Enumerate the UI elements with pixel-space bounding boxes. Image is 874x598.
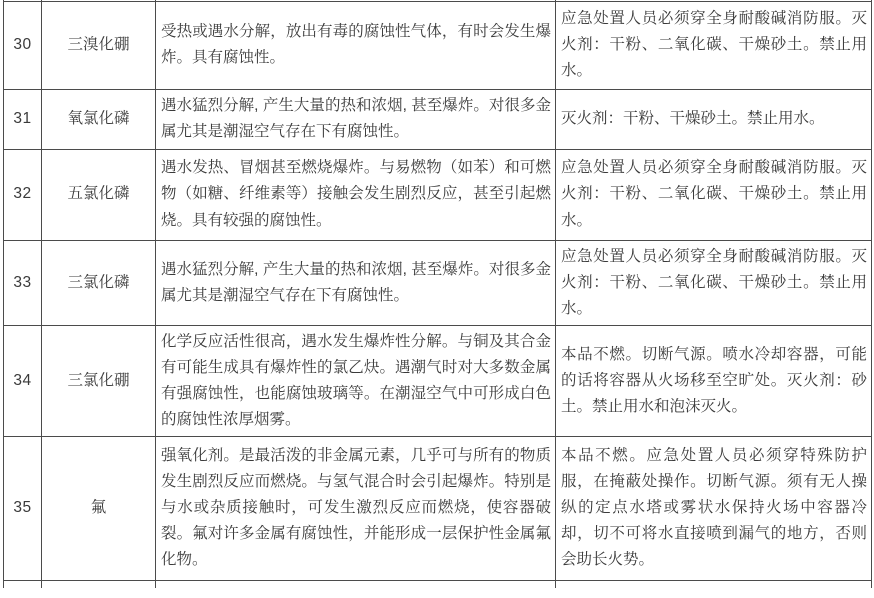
table-row: 31 氧氯化磷 遇水猛烈分解, 产生大量的热和浓烟, 甚至爆炸。对很多金属尤其是…: [4, 89, 872, 149]
hazardous-chemicals-table: 30 三溴化硼 受热或遇水分解，放出有毒的腐蚀性气体，有时会发生爆炸。具有腐蚀性…: [3, 0, 872, 588]
hazard-description-cell: 遇水猛烈分解, 产生大量的热和浓烟, 甚至爆炸。对很多金属尤其是潮湿空气存在下有…: [156, 240, 556, 325]
cropped-row-bottom: [4, 580, 872, 588]
emergency-response-cell: 灭火剂：干粉、干燥砂土。禁止用水。: [556, 89, 872, 149]
row-number-cell: 35: [4, 436, 42, 580]
row-number-cell: 33: [4, 240, 42, 325]
row-number-cell: 34: [4, 325, 42, 436]
row-number-cell: 31: [4, 89, 42, 149]
empty-cell: [4, 580, 42, 588]
document-page: 30 三溴化硼 受热或遇水分解，放出有毒的腐蚀性气体，有时会发生爆炸。具有腐蚀性…: [0, 0, 874, 598]
hazard-description-cell: 遇水发热、冒烟甚至燃烧爆炸。与易燃物（如苯）和可燃物（如糖、纤维素等）接触会发生…: [156, 149, 556, 240]
hazard-description-cell: 化学反应活性很高，遇水发生爆炸性分解。与铜及其合金有可能生成具有爆炸性的氯乙炔。…: [156, 325, 556, 436]
emergency-response-cell: 本品不燃。切断气源。喷水冷却容器，可能的话将容器从火场移至空旷处。灭火剂：砂土。…: [556, 325, 872, 436]
table-row: 33 三氯化磷 遇水猛烈分解, 产生大量的热和浓烟, 甚至爆炸。对很多金属尤其是…: [4, 240, 872, 325]
emergency-response-cell: 应急处置人员必须穿全身耐酸碱消防服。灭火剂：干粉、二氧化碳、干燥砂土。禁止用水。: [556, 240, 872, 325]
emergency-response-cell: 应急处置人员必须穿全身耐酸碱消防服。灭火剂：干粉、二氧化碳、干燥砂土。禁止用水。: [556, 1, 872, 89]
chemical-name-cell: 三氯化硼: [42, 325, 156, 436]
chemical-name-cell: 三溴化硼: [42, 1, 156, 89]
row-number-cell: 32: [4, 149, 42, 240]
hazard-description-cell: 强氧化剂。是最活泼的非金属元素，几乎可与所有的物质发生剧烈反应而燃烧。与氢气混合…: [156, 436, 556, 580]
empty-cell: [42, 580, 156, 588]
chemical-name-cell: 五氯化磷: [42, 149, 156, 240]
hazard-description-cell: 受热或遇水分解，放出有毒的腐蚀性气体，有时会发生爆炸。具有腐蚀性。: [156, 1, 556, 89]
table-row: 35 氟 强氧化剂。是最活泼的非金属元素，几乎可与所有的物质发生剧烈反应而燃烧。…: [4, 436, 872, 580]
emergency-response-cell: 应急处置人员必须穿全身耐酸碱消防服。灭火剂：干粉、二氧化碳、干燥砂土。禁止用水。: [556, 149, 872, 240]
chemical-name-cell: 氟: [42, 436, 156, 580]
empty-cell: [556, 580, 872, 588]
empty-cell: [156, 580, 556, 588]
table-row: 32 五氯化磷 遇水发热、冒烟甚至燃烧爆炸。与易燃物（如苯）和可燃物（如糖、纤维…: [4, 149, 872, 240]
hazard-description-cell: 遇水猛烈分解, 产生大量的热和浓烟, 甚至爆炸。对很多金属尤其是潮湿空气存在下有…: [156, 89, 556, 149]
chemical-name-cell: 三氯化磷: [42, 240, 156, 325]
row-number-cell: 30: [4, 1, 42, 89]
table-row: 30 三溴化硼 受热或遇水分解，放出有毒的腐蚀性气体，有时会发生爆炸。具有腐蚀性…: [4, 1, 872, 89]
emergency-response-cell: 本品不燃。应急处置人员必须穿特殊防护服，在掩蔽处操作。切断气源。须有无人操纵的定…: [556, 436, 872, 580]
table-row: 34 三氯化硼 化学反应活性很高，遇水发生爆炸性分解。与铜及其合金有可能生成具有…: [4, 325, 872, 436]
chemical-name-cell: 氧氯化磷: [42, 89, 156, 149]
